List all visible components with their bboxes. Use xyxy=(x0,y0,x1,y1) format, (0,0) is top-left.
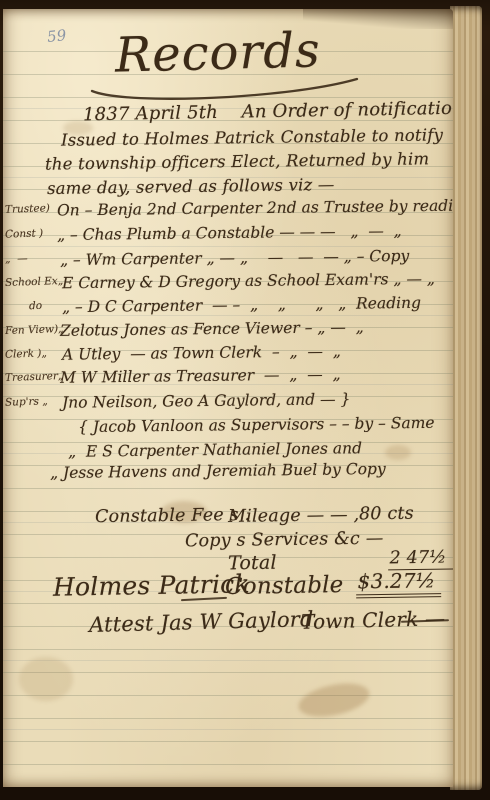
top-edge-shadow xyxy=(303,9,453,29)
entry-text: Jno Neilson, Geo A Gaylord, and — } xyxy=(62,390,351,412)
record-entry: Fen View)„ Zelotus Jones as Fence Viewer… xyxy=(3,320,453,344)
stain xyxy=(19,657,73,701)
entry-text: A Utley — as Town Clerk – „ — „ xyxy=(62,342,341,363)
margin-office-label: School Ex„ xyxy=(5,275,64,289)
record-entry: Sup'rs „ Jno Neilson, Geo A Gaylord, and… xyxy=(3,392,453,416)
record-entry: Clerk )„ A Utley — as Town Clerk – „ — „ xyxy=(3,344,453,368)
record-entry: do „ – D C Carpenter — – „ „ „ „ Reading xyxy=(3,296,453,320)
margin-office-label: Clerk )„ xyxy=(5,347,47,360)
entry-date-heading: 1837 April 5th An Order of notification xyxy=(83,98,453,126)
record-entry: „ Jesse Havens and Jeremiah Buel by Copy xyxy=(3,462,453,486)
margin-office-label: do xyxy=(29,300,42,312)
entry-text: „ E S Carpenter Nathaniel Jones and xyxy=(68,439,362,461)
margin-office-label: Treasurer„ xyxy=(5,370,64,384)
entry-text: Zelotus Jones as Fence Viewer – „ — „ xyxy=(60,318,364,340)
record-entry: { Jacob Vanloon as Supervisors – – by – … xyxy=(3,416,453,440)
constable-signature: Holmes Patrick xyxy=(53,569,250,601)
page-title: Records xyxy=(114,22,321,83)
record-entry: School Ex„ E Carney & D Gregory as Schoo… xyxy=(3,272,453,296)
attest-signature-title: Town Clerk — xyxy=(301,606,446,634)
margin-office-label: Trustee) xyxy=(5,202,50,216)
entry-text: „ – D C Carpenter — – „ „ „ „ Reading xyxy=(62,294,421,316)
record-entry: Const ) „ – Chas Plumb a Constable — — —… xyxy=(3,224,453,248)
entry-text: On – Benja 2nd Carpenter 2nd as Trustee … xyxy=(57,196,453,219)
entry-text: { Jacob Vanloon as Supervisors – – by – … xyxy=(78,414,435,436)
record-entry: Treasurer„ M W Miller as Treasurer — „ —… xyxy=(3,367,453,391)
entry-text: M W Miller as Treasurer — „ — „ xyxy=(60,365,341,386)
attest-signature: Attest Jas W Gaylord xyxy=(89,607,314,637)
entry-text: „ – Wm Carpenter „ — „ — — — „ – Copy xyxy=(60,247,409,269)
entry-text: E Carney & D Gregory as School Exam'rs „… xyxy=(62,270,435,293)
margin-office-label: Const ) xyxy=(5,227,44,240)
record-entry: Trustee) On – Benja 2nd Carpenter 2nd as… xyxy=(3,199,453,223)
page-number: 59 xyxy=(46,26,67,46)
record-book-photo: 59 Records 1837 April 5th An Order of no… xyxy=(0,0,490,800)
fee-total-amount-value: $3.27½ xyxy=(355,568,441,598)
entry-text: „ – Chas Plumb a Constable — — — „ — „ xyxy=(57,222,402,244)
page-stack-edge xyxy=(450,6,482,790)
intro-line: Issued to Holmes Patrick Constable to no… xyxy=(61,125,443,149)
ledger-page: 59 Records 1837 April 5th An Order of no… xyxy=(3,9,453,787)
fee-mileage-amount: 80 cts xyxy=(359,504,414,525)
margin-office-label: „ — xyxy=(5,253,28,266)
intro-line: same day, served as follows viz — xyxy=(47,175,335,198)
margin-office-label: Sup'rs „ xyxy=(5,395,48,408)
fee-mileage-item: Mileage — — , xyxy=(228,505,360,527)
intro-line: the township officers Elect, Returned by… xyxy=(45,149,429,173)
entry-text: „ Jesse Havens and Jeremiah Buel by Copy xyxy=(50,460,386,482)
constable-signature-title: Constable xyxy=(225,572,344,600)
stain xyxy=(296,678,373,722)
margin-office-label: Fen View)„ xyxy=(5,323,64,337)
